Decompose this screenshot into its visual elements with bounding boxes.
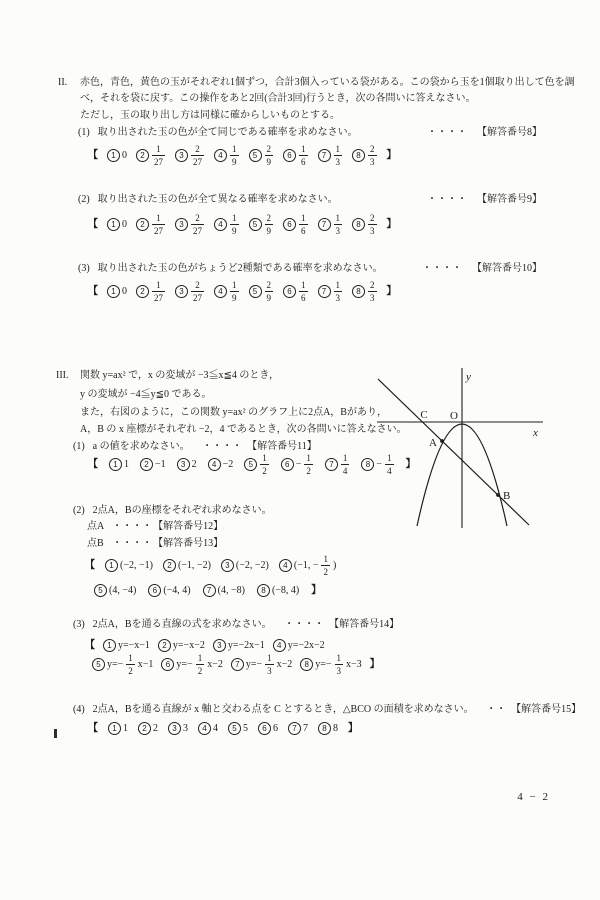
fraction: 29 [265,144,274,167]
denominator: 2 [304,464,313,476]
section2-intro-line3: ただし，玉の取り出し方は同様に確からしいものとする。 [80,109,340,122]
numerator: 1 [341,453,350,464]
choice-value: (−1, − [294,560,319,572]
bracket-open: 【 [85,560,95,572]
choice-6: 6y=−12x−2 [161,653,222,676]
circled-number: 5 [249,149,262,162]
choice-7: 713 [318,280,344,303]
choice-5: 5(4, −4) [94,584,136,597]
s2-problem3-line: (3)取り出された玉の色がちょうど2種類である確率を求めなさい。 ・・・・【解答… [78,262,542,275]
choice-value: y=− [176,659,192,671]
choice-2: 2y=−x−2 [158,639,205,652]
point-b-dot [496,493,500,497]
denominator: 3 [334,155,343,167]
circled-number: 7 [203,584,216,597]
circled-number: 2 [158,639,171,652]
bracket-close: 】 [387,219,397,231]
circled-number: 8 [352,149,365,162]
choice-6: 616 [283,144,309,167]
numerator: 1 [304,453,313,464]
choice-5: 55 [228,722,248,735]
leader-dots: ・・ [486,704,506,715]
fraction: 13 [334,144,343,167]
numerator: 2 [193,144,202,155]
numerator: 1 [230,280,239,291]
s3-problem2-choices-row2: 5(4, −4)6(−4, 4)7(4, −8)8(−8, 4)】 [94,584,321,597]
fraction: 16 [299,213,308,236]
circled-number: 1 [103,639,116,652]
choice-4: 4y=−2x−2 [273,639,325,652]
choice-6: 616 [283,280,309,303]
denominator: 2 [321,565,330,577]
choice-2: 2127 [136,213,166,236]
denominator: 6 [299,155,308,167]
bracket-close: 】 [387,150,397,162]
answer-ref-14: 【解答番号14】 [334,619,399,630]
circled-number: 8 [300,658,313,671]
problem-label: (3) [78,263,90,274]
secant-line-AB [378,379,529,525]
choice-value: y=−x−1 [118,640,150,652]
denominator: 9 [230,155,239,167]
problem-question: 取り出された玉の色が全て異なる確率を求めなさい。 [98,194,338,205]
circled-number: 1 [107,285,120,298]
leader-dots: ・・・・ [427,193,467,206]
circled-number: 1 [105,559,118,572]
numerator: 1 [299,280,308,291]
choice-1: 1(−2, −1) [105,559,153,572]
choice-value: y=−2x−2 [288,640,325,652]
scan-artifact [54,729,57,738]
choice-value: − [296,459,302,471]
fraction: 12 [321,554,330,577]
choice-value: y=− [246,659,262,671]
s3-p2-pointA-line: 点A ・・・・【解答番号12】 [87,520,223,533]
numerator: 2 [265,213,274,224]
choice-value: x−3 [346,659,362,671]
choice-8: 823 [352,280,378,303]
choice-7: 713 [318,213,344,236]
denominator: 6 [299,224,308,236]
circled-number: 6 [283,149,296,162]
bracket-open: 【 [85,640,95,652]
point-a-dot [440,439,444,443]
numerator: 1 [260,453,269,464]
circled-number: 7 [318,218,331,231]
choice-value: 3 [183,723,188,735]
fraction: 13 [334,280,343,303]
answer-ref-10: 【解答番号10】 [472,262,542,275]
s3-problem3-choices-row2: 5y=−12x−16y=−12x−27y=−13x−28y=−13x−3】 [92,653,380,676]
denominator: 9 [265,291,274,303]
circled-number: 2 [136,285,149,298]
circled-number: 4 [214,285,227,298]
numerator: 2 [265,144,274,155]
fraction: 227 [191,280,204,303]
s3-problem1-choices: 【112−1324−25126−127148−14】 [88,453,416,476]
choice-6: 6−12 [281,453,314,476]
fraction: 13 [334,213,343,236]
answer-ref-15: 【解答番号15】 [516,704,581,715]
answer-ref-9: 【解答番号9】 [477,193,542,206]
circled-number: 4 [273,639,286,652]
choice-value: −1 [155,459,166,471]
numerator: 1 [126,653,135,664]
choice-7: 713 [318,144,344,167]
circled-number: 2 [136,218,149,231]
choice-2: 2127 [136,144,166,167]
choice-value: (−8, 4) [272,585,299,597]
circled-number: 1 [107,149,120,162]
choice-value: (4, −8) [218,585,245,597]
problem-question: a の値を求めなさい。 [93,441,190,452]
choice-value: (−2, −1) [120,560,153,572]
circled-number: 6 [283,218,296,231]
denominator: 27 [152,291,165,303]
choice-value: 0 [122,219,127,231]
s2-problem1-choices: 【1021273227419529616713823】 [88,144,397,167]
denominator: 3 [335,664,344,676]
fraction: 13 [265,653,274,676]
choice-4: 419 [214,144,240,167]
leader-dots: ・・・・ [112,521,152,532]
choice-value: y=− [315,659,331,671]
s3-problem3-line: (3)2点A，Bを通る直線の式を求めなさい。 ・・・・【解答番号14】 [73,618,399,631]
circled-number: 3 [168,722,181,735]
fraction: 16 [299,280,308,303]
choice-value: −2 [223,459,234,471]
circled-number: 1 [107,218,120,231]
choice-6: 6(−4, 4) [148,584,190,597]
fraction: 227 [191,144,204,167]
fraction: 29 [265,213,274,236]
denominator: 6 [299,291,308,303]
numerator: 1 [334,144,343,155]
numerator: 2 [368,280,377,291]
circled-number: 3 [175,285,188,298]
choice-2: 2(−1, −2) [163,559,211,572]
s3-p2-pointB-line: 点B ・・・・【解答番号13】 [87,537,223,550]
fraction: 29 [265,280,274,303]
circled-number: 5 [228,722,241,735]
fraction: 23 [368,280,377,303]
bracket-close: 】 [348,723,358,735]
numerator: 1 [334,213,343,224]
section2-label: II. [58,76,67,89]
circled-number: 4 [198,722,211,735]
choice-value: y=− [107,659,123,671]
numerator: 1 [334,280,343,291]
choice-4: 419 [214,280,240,303]
leader-dots: ・・・・ [202,441,242,452]
choice-5: 529 [249,213,275,236]
circled-number: 3 [213,639,226,652]
fraction: 13 [335,653,344,676]
fraction: 19 [230,280,239,303]
problem-label: (1) [78,127,90,138]
numerator: 1 [230,213,239,224]
circled-number: 2 [140,458,153,471]
numerator: 1 [321,554,330,565]
denominator: 3 [334,224,343,236]
circled-number: 7 [288,722,301,735]
x-axis-label: x [532,427,538,439]
problem-label: (2) [78,194,90,205]
fraction: 12 [304,453,313,476]
denominator: 3 [368,155,377,167]
choice-6: 66 [258,722,278,735]
choice-3: 3227 [175,280,205,303]
choice-value: 5 [243,723,248,735]
numerator: 1 [154,280,163,291]
fraction: 23 [368,213,377,236]
choice-value: 0 [122,286,127,298]
numerator: 2 [193,280,202,291]
s2-problem1-line: (1)取り出された玉の色が全て同じである確率を求めなさい。 ・・・・【解答番号8… [78,126,542,139]
circled-number: 7 [325,458,338,471]
circled-number: 5 [92,658,105,671]
choice-8: 823 [352,144,378,167]
fraction: 127 [152,213,165,236]
choice-5: 512 [244,453,270,476]
choice-value: 2 [192,459,197,471]
circled-number: 6 [161,658,174,671]
choice-value: 7 [303,723,308,735]
point-b-label: B [503,490,510,502]
s3-problem1-line: (1)a の値を求めなさい。 ・・・・【解答番号11】 [73,440,317,453]
problem-label: (2) [73,505,85,516]
choice-value: 4 [213,723,218,735]
problem-label: (1) [73,441,85,452]
choice-value: (4, −4) [109,585,136,597]
choice-value: 0 [122,150,127,162]
problem-question: 2点A，Bを通る直線が x 軸と交わる点を C とするとき，△BCO の面積を求… [93,704,474,715]
choice-1: 11 [108,722,128,735]
choice-7: 77 [288,722,308,735]
choice-value: (−4, 4) [163,585,190,597]
problem-question: 2点A，Bの座標をそれぞれ求めなさい。 [93,505,272,516]
problem-question: 2点A，Bを通る直線の式を求めなさい。 [93,619,272,630]
circled-number: 1 [109,458,122,471]
numerator: 2 [368,213,377,224]
section2-intro-line2: べ，それを袋に戻す。この操作をあと2回(合計3回)行うとき，次の各問いに答えなさ… [80,92,475,105]
circled-number: 6 [283,285,296,298]
choice-3: 3227 [175,213,205,236]
choice-value: x−2 [207,659,223,671]
answer-ref-13: 【解答番号13】 [158,538,223,549]
denominator: 27 [152,155,165,167]
fraction: 12 [260,453,269,476]
fraction: 14 [341,453,350,476]
problem-label: (4) [73,704,85,715]
choice-3: 3(−2, −2) [221,559,269,572]
denominator: 3 [334,291,343,303]
fraction: 127 [152,144,165,167]
choice-value: y=−x−2 [173,640,205,652]
problem-label: (3) [73,619,85,630]
numerator: 1 [230,144,239,155]
numerator: 1 [335,653,344,664]
choice-value: x−2 [277,659,293,671]
circled-number: 8 [352,218,365,231]
fraction: 227 [191,213,204,236]
denominator: 9 [230,224,239,236]
page-number: 4 − 2 [470,791,550,803]
circled-number: 2 [163,559,176,572]
bracket-open: 【 [88,150,98,162]
circled-number: 6 [148,584,161,597]
s3-problem4-choices: 【1122334455667788】 [88,722,358,735]
circled-number: 7 [318,149,331,162]
denominator: 27 [191,224,204,236]
circled-number: 4 [214,218,227,231]
s3-problem2-choices-row1: 【1(−2, −1)2(−1, −2)3(−2, −2)4(−1, −12) [85,554,336,577]
choice-value: 6 [273,723,278,735]
numerator: 2 [265,280,274,291]
section3-label: III. [56,369,69,382]
choice-value: 1 [123,723,128,735]
denominator: 2 [260,464,269,476]
denominator: 2 [196,664,205,676]
choice-value: 2 [153,723,158,735]
numerator: 1 [154,213,163,224]
choice-8: 88 [318,722,338,735]
choice-3: 3227 [175,144,205,167]
choice-value: (−1, −2) [178,560,211,572]
circled-number: 8 [318,722,331,735]
bracket-open: 【 [88,286,98,298]
denominator: 3 [368,291,377,303]
denominator: 27 [191,155,204,167]
circled-number: 2 [138,722,151,735]
fraction: 19 [230,144,239,167]
choice-1: 11 [109,458,129,471]
denominator: 3 [368,224,377,236]
answer-ref-11: 【解答番号11】 [252,441,317,452]
numerator: 2 [368,144,377,155]
choice-6: 616 [283,213,309,236]
problem-question: 取り出された玉の色が全て同じである確率を求めなさい。 [98,127,358,138]
circled-number: 8 [257,584,270,597]
section3-intro-line1: 関数 y=ax² で，x の変域が −3≦x≦4 のとき， [80,369,279,382]
choice-5: 5y=−12x−1 [92,653,153,676]
denominator: 9 [265,224,274,236]
choice-5: 529 [249,144,275,167]
numerator: 1 [299,144,308,155]
choice-1: 10 [107,285,127,298]
section3-intro-line4: A，B の x 座標がそれぞれ −2，4 であるとき，次の各問いに答えなさい。 [80,423,407,436]
document-page: II. 赤色，青色，黄色の玉がそれぞれ1個ずつ，合計3個入っている袋がある。この… [0,0,600,900]
function-graph: y x O C A B [370,356,550,556]
choice-2: 2−1 [140,458,166,471]
point-a-label: 点A [87,521,104,532]
bracket-open: 【 [88,219,98,231]
bracket-close: 】 [370,659,380,671]
circled-number: 5 [94,584,107,597]
answer-ref-12: 【解答番号12】 [158,521,223,532]
choice-8: 823 [352,213,378,236]
circled-number: 4 [214,149,227,162]
denominator: 3 [265,664,274,676]
circled-number: 7 [231,658,244,671]
choice-3: 3y=−2x−1 [213,639,265,652]
fraction: 23 [368,144,377,167]
leader-dots: ・・・・ [112,538,152,549]
circled-number: 6 [281,458,294,471]
circled-number: 3 [175,149,188,162]
circled-number: 2 [136,149,149,162]
s3-problem3-choices-row1: 【1y=−x−12y=−x−23y=−2x−14y=−2x−2 [85,639,325,652]
circled-number: 6 [258,722,271,735]
circled-number: 4 [279,559,292,572]
choice-2: 2127 [136,280,166,303]
fraction: 19 [230,213,239,236]
choice-4: 4−2 [208,458,234,471]
bracket-open: 【 [88,723,98,735]
choice-value: 1 [124,459,129,471]
fraction: 16 [299,144,308,167]
circled-number: 7 [318,285,331,298]
point-c-label: C [420,409,427,421]
choice-4: 44 [198,722,218,735]
fraction: 12 [126,653,135,676]
problem-question: 取り出された玉の色がちょうど2種類である確率を求めなさい。 [98,263,383,274]
fraction: 127 [152,280,165,303]
denominator: 2 [126,664,135,676]
fraction: 12 [196,653,205,676]
origin-label: O [450,410,458,422]
choice-4: 4(−1, −12) [279,554,336,577]
choice-2: 22 [138,722,158,735]
choice-7: 7y=−13x−2 [231,653,292,676]
answer-ref-8: 【解答番号8】 [477,126,542,139]
s2-problem3-choices: 【1021273227419529616713823】 [88,280,397,303]
choice-4: 419 [214,213,240,236]
numerator: 2 [193,213,202,224]
numerator: 1 [265,653,274,664]
circled-number: 8 [352,285,365,298]
choice-value: x−1 [138,659,154,671]
leader-dots: ・・・・ [422,262,462,275]
choice-5: 529 [249,280,275,303]
circled-number: 5 [249,218,262,231]
section2-intro-line1: 赤色，青色，黄色の玉がそれぞれ1個ずつ，合計3個入っている袋がある。この袋から玉… [80,76,575,89]
s2-problem2-choices: 【1021273227419529616713823】 [88,213,397,236]
circled-number: 3 [221,559,234,572]
numerator: 1 [196,653,205,664]
choice-1: 1y=−x−1 [103,639,150,652]
choice-1: 10 [107,218,127,231]
numerator: 1 [299,213,308,224]
y-axis-label: y [465,371,471,383]
choice-value: y=−2x−1 [228,640,265,652]
choice-7: 714 [325,453,351,476]
choice-3: 32 [177,458,197,471]
denominator: 27 [191,291,204,303]
choice-8: 8(−8, 4) [257,584,299,597]
section3-intro-line2: y の変域が −4≦y≦0 である。 [80,388,212,401]
choice-3: 33 [168,722,188,735]
denominator: 4 [341,464,350,476]
section3-intro-line3: また，右図のように，この関数 y=ax² のグラフ上に2点A，Bがあり， [80,406,387,419]
denominator: 9 [230,291,239,303]
s2-problem2-line: (2)取り出された玉の色が全て異なる確率を求めなさい。 ・・・・【解答番号9】 [78,193,542,206]
s3-problem4-line: (4)2点A，Bを通る直線が x 軸と交わる点を C とするとき，△BCO の面… [73,703,581,716]
bracket-close: 】 [311,585,321,597]
choice-value: ) [333,560,336,572]
choice-1: 10 [107,149,127,162]
choice-8: 8y=−13x−3 [300,653,361,676]
